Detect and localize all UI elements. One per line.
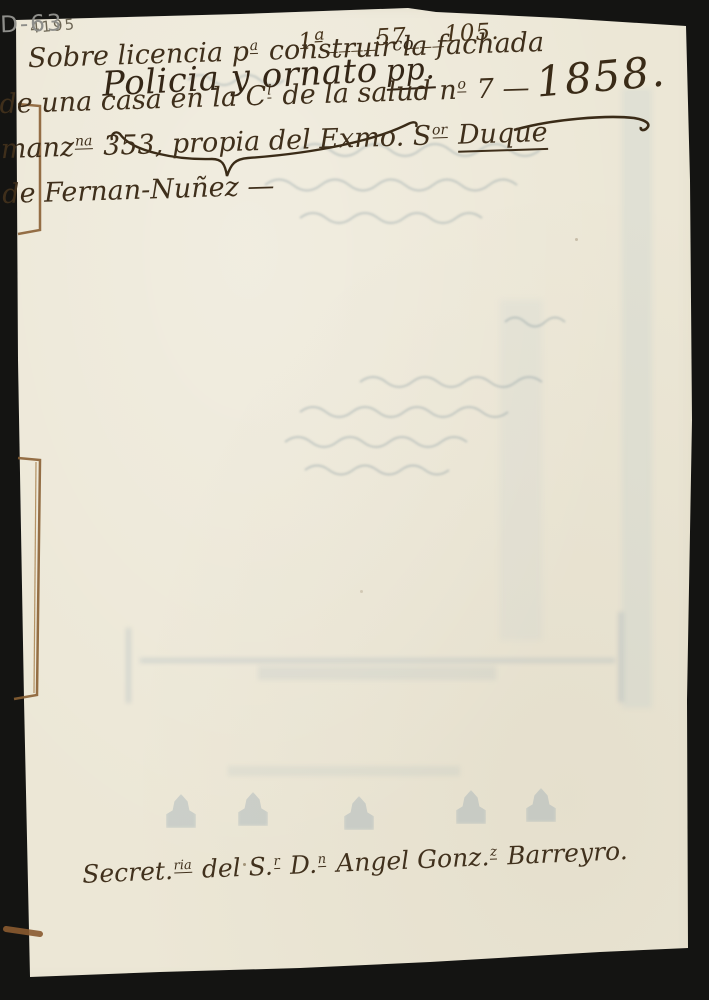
scanned-manuscript-page: 4195 1ª____57___105. D-63 Policia y orna… [0,0,709,1000]
ink-speck [243,863,246,866]
binding-thread-middle [0,440,60,720]
ink-speck [575,238,578,241]
superscript-z: z [490,845,497,859]
superscript-o: o [457,77,466,92]
superscript-l: l [267,83,272,98]
superscript-or: or [432,123,448,139]
subject-paragraph: Sobre licencia pa construir la fachada d… [0,15,709,217]
superscript-ria: ria [173,859,192,874]
superscript-na: na [75,134,93,150]
duque-underlined: Duque [457,117,548,153]
superscript-n: n [317,853,326,867]
binding-thread-bottom [0,915,60,955]
superscript-a: a [250,39,259,54]
ink-speck [360,590,363,593]
superscript-r: r [273,855,280,869]
